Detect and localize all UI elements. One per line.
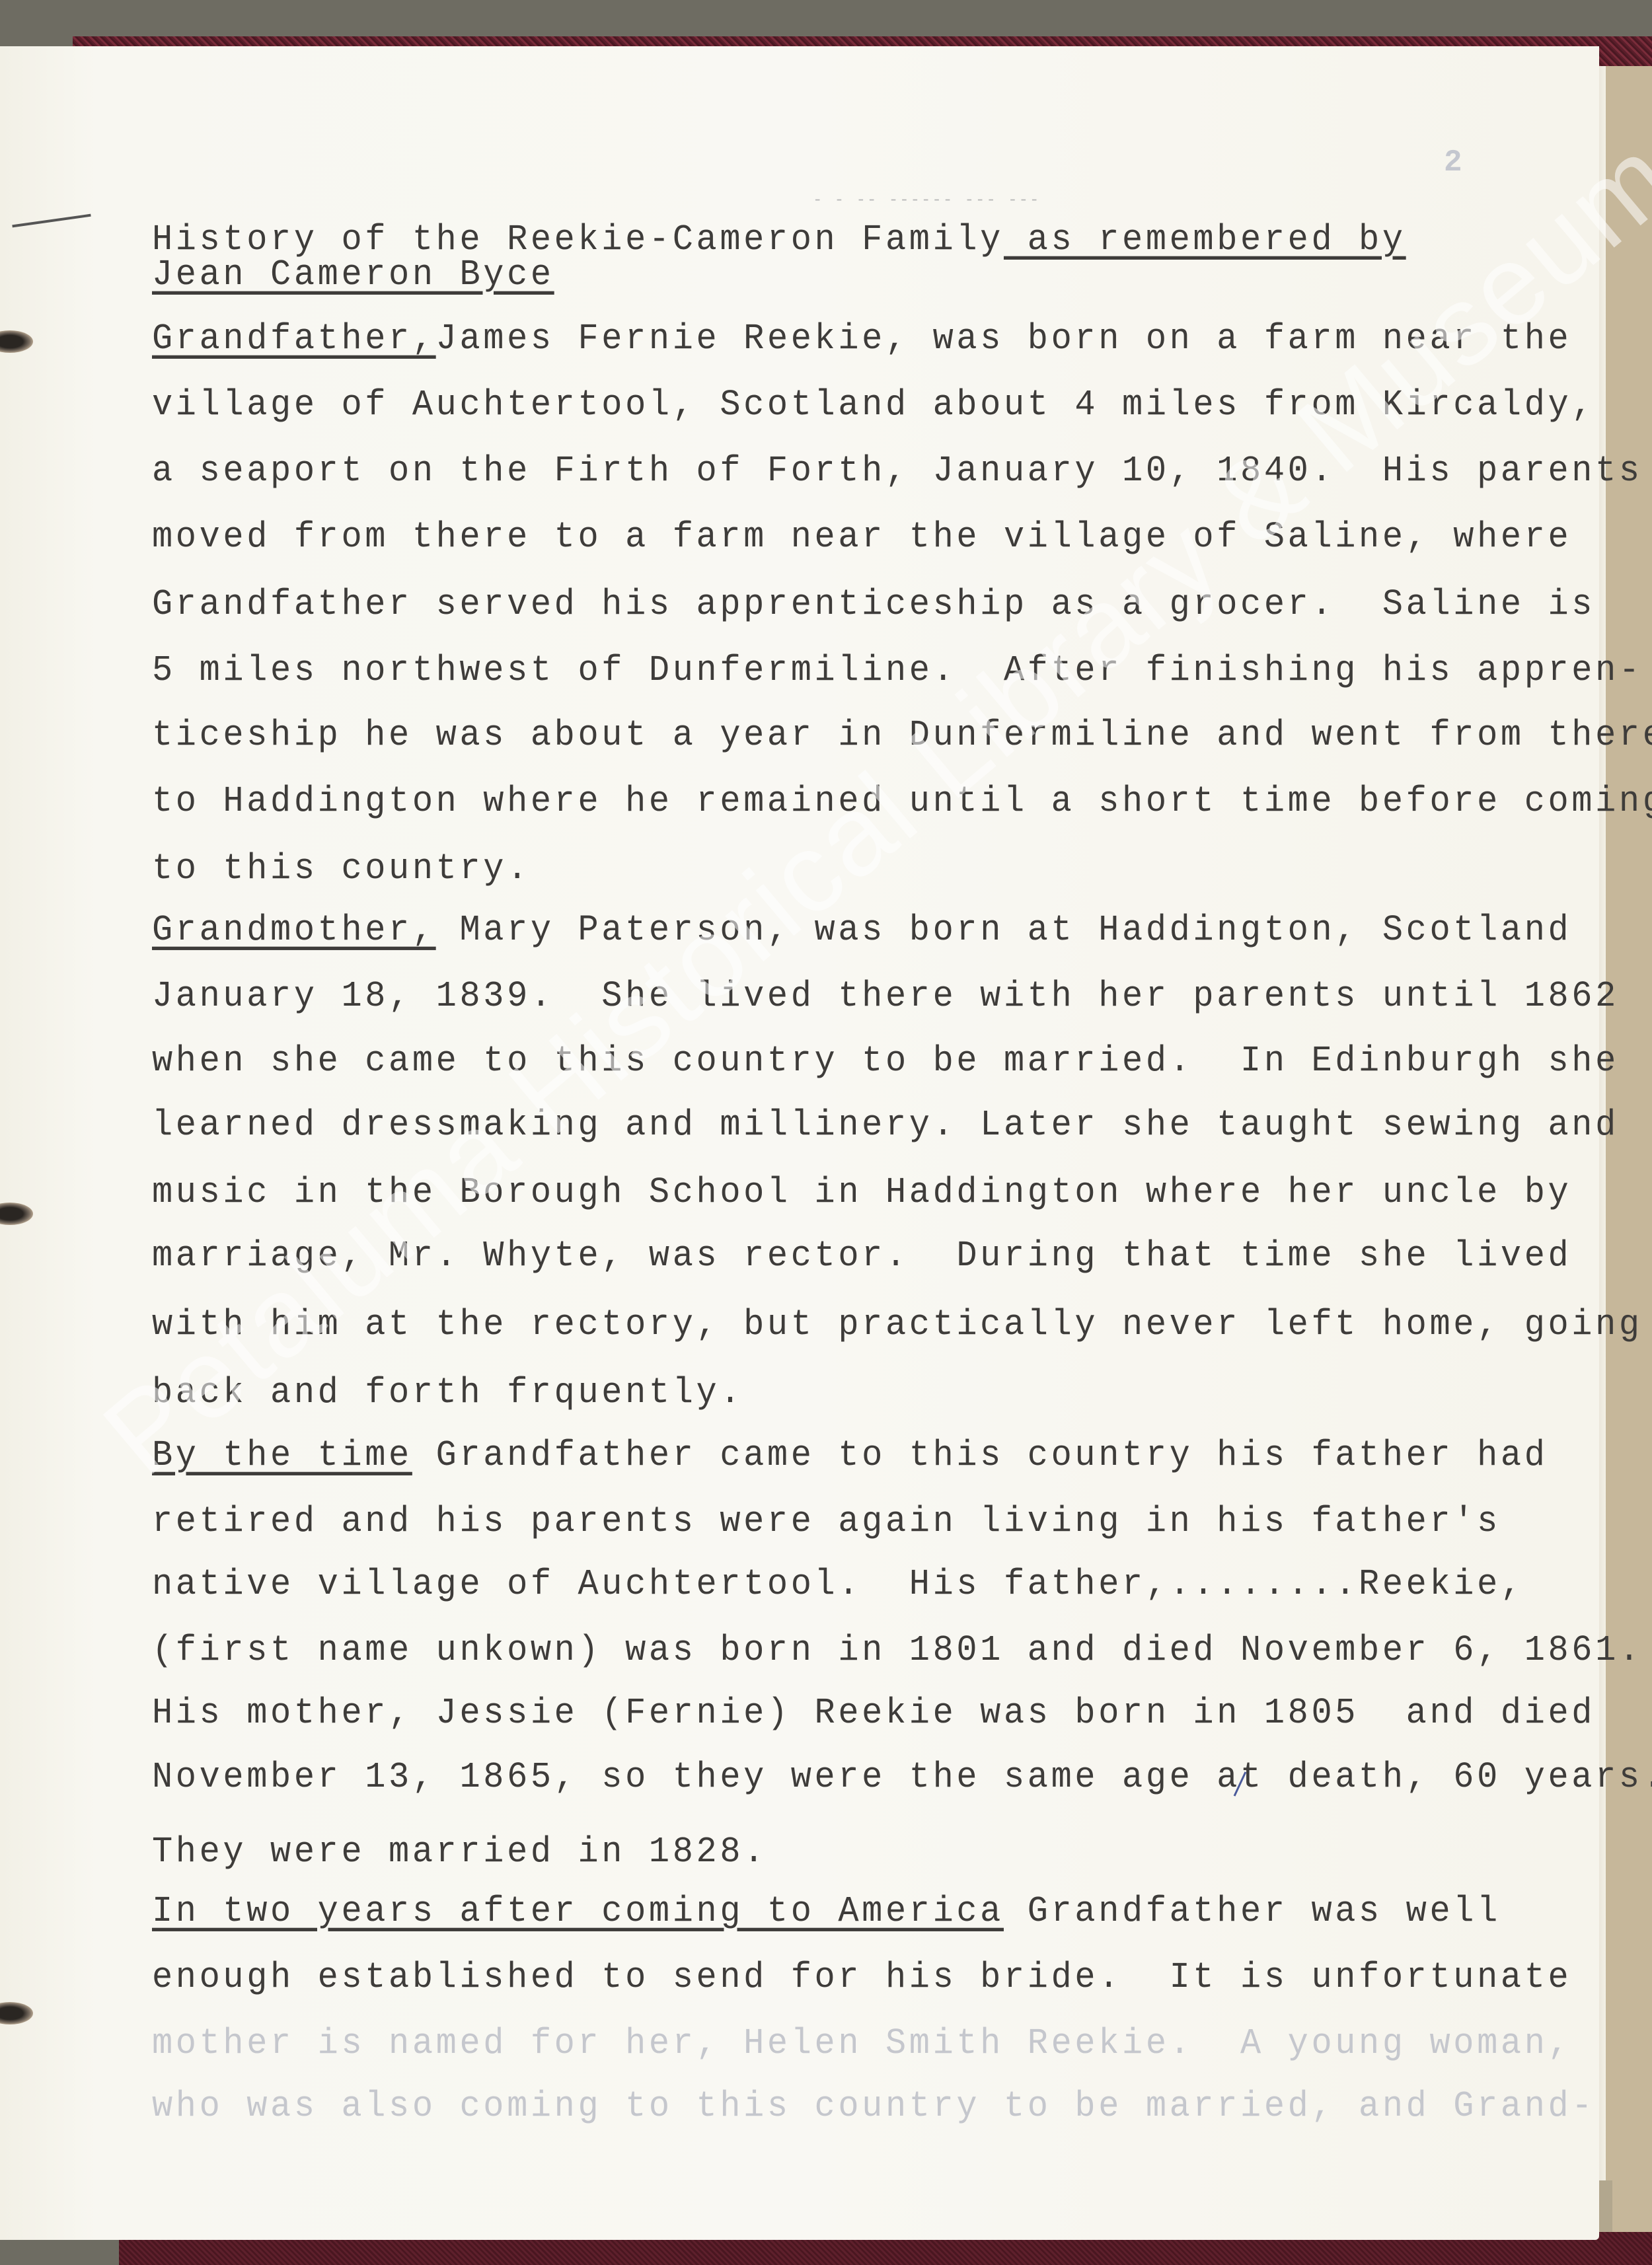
text-line: back and forth frquently.: [152, 1372, 743, 1413]
text-line: November 13, 1865, so they were the same…: [152, 1757, 1652, 1798]
text-line: a seaport on the Firth of Forth, January…: [152, 451, 1643, 492]
bleed-through-line: who was also coming to this country to b…: [152, 2086, 1595, 2127]
pin-icon: [12, 214, 91, 228]
section-heading: By the time: [152, 1435, 412, 1476]
text-line: when she came to this country to be marr…: [152, 1041, 1619, 1082]
text-line: native village of Auchtertool. His fathe…: [152, 1564, 1524, 1605]
text-line: Grandfather served his apprenticeship as…: [152, 584, 1595, 625]
text-line: January 18, 1839. She lived there with h…: [152, 976, 1619, 1017]
line-text: Grandfather came to this country his fat…: [412, 1435, 1548, 1476]
text-line: In two years after coming to America Gra…: [152, 1891, 1501, 1932]
title-underlined: as remembered by: [1004, 219, 1406, 260]
text-line: retired and his parents were again livin…: [152, 1501, 1501, 1542]
cardboard-backing: [1599, 66, 1652, 2232]
document-title-line-2: Jean Cameron Byce: [152, 254, 554, 295]
section-heading: Grandfather,: [152, 318, 436, 359]
text-line: 5 miles northwest of Dunfermiline. After…: [152, 650, 1643, 691]
bleed-through-line: mother is named for her, Helen Smith Ree…: [152, 2023, 1571, 2064]
text-line: They were married in 1828.: [152, 1832, 767, 1873]
text-line: music in the Borough School in Haddingto…: [152, 1172, 1571, 1213]
binder-ring-hole-icon: [0, 2002, 33, 2024]
section-heading: In two years after coming to America: [152, 1891, 1004, 1932]
text-line: with him at the rectory, but practically…: [152, 1304, 1643, 1345]
text-line: marriage, Mr. Whyte, was rector. During …: [152, 1236, 1571, 1277]
text-line: to Haddington where he remained until a …: [152, 781, 1652, 822]
text-line: By the time Grandfather came to this cou…: [152, 1435, 1548, 1476]
text-line: to this country.: [152, 848, 531, 889]
line-text: James Fernie Reekie, was born on a farm …: [436, 318, 1572, 359]
text-line: Grandmother, Mary Paterson, was born at …: [152, 910, 1571, 951]
text-line: learned dressmaking and millinery. Later…: [152, 1105, 1619, 1146]
binder-ring-hole-icon: [0, 1203, 33, 1225]
line-text: Grandfather was well: [1004, 1891, 1501, 1932]
page-number: 2: [1444, 145, 1462, 180]
author-name: Jean Cameron Byce: [152, 254, 554, 295]
text-line: (first name unkown) was born in 1801 and…: [152, 1630, 1643, 1671]
section-heading: Grandmother,: [152, 910, 436, 951]
text-line: ticeship he was about a year in Dunfermi…: [152, 715, 1652, 756]
text-line: Grandfather,James Fernie Reekie, was bor…: [152, 318, 1571, 359]
text-line: moved from there to a farm near the vill…: [152, 517, 1571, 558]
text-line: His mother, Jessie (Fernie) Reekie was b…: [152, 1693, 1595, 1734]
text-line: enough established to send for his bride…: [152, 1957, 1571, 1998]
line-text: Mary Paterson, was born at Haddington, S…: [436, 910, 1572, 951]
typewritten-page: 2 - - -- ------ --- --- History of the R…: [0, 46, 1599, 2240]
text-line: village of Auchtertool, Scotland about 4…: [152, 385, 1595, 426]
binder-ring-hole-icon: [0, 330, 33, 353]
header-smudge: - - -- ------ --- ---: [813, 192, 1040, 209]
